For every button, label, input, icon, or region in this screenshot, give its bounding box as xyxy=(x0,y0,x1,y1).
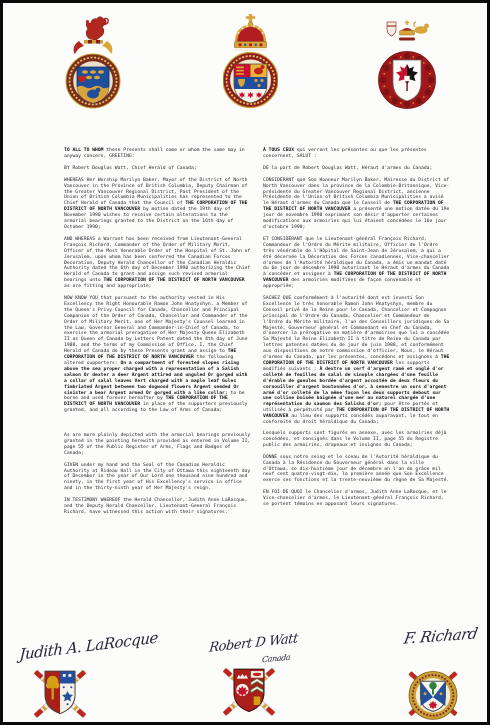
paragraph-mandat-fr: ET CONSIDÉRANT que le Lieutenant-général… xyxy=(263,237,451,290)
english-column-lower: As are more plainly depicted with the ar… xyxy=(64,433,252,522)
paragraph-donne-fr: DONNÉ sous notre seing et le sceau de l'… xyxy=(263,455,451,485)
signature-richard: F. Richard xyxy=(402,624,479,647)
crest-crown-and-lion-icon xyxy=(387,21,429,41)
letters-patent-document: TO ALL TO WHOM these Presents shall come… xyxy=(0,0,490,725)
paragraph-warrant-en: AND WHEREAS a Warrant has been received … xyxy=(64,237,252,290)
north-vancouver-crest-badge-icon xyxy=(65,15,121,111)
paragraph-depicted-en: As are more plainly depicted with the ar… xyxy=(64,433,252,457)
english-column-upper: TO ALL TO WHOM these Presents shall come… xyxy=(64,148,252,420)
st-edwards-crown-icon xyxy=(235,14,267,51)
paragraph-sachez-fr: SACHEZ QUE conformément à l'autorité don… xyxy=(263,296,451,426)
paragraph-salut-fr: À TOUS CEUX qui verront les présentes ou… xyxy=(263,148,451,160)
richard-arms-badge-icon xyxy=(402,656,464,725)
paragraph-considerant-fr: CONSIDÉRANT que Son Honneur Marilyn Bake… xyxy=(263,178,451,231)
paragraph-by-en: BY Robert Douglas Watt, Chief Herald of … xyxy=(64,166,252,172)
paragraph-annexe-fr: Lesquels supports sont figurés en annexe… xyxy=(263,431,451,449)
heraldic-authority-badge-icon xyxy=(377,14,437,110)
paragraph-whereas-en: WHEREAS Her Worship Marilyn Baker, Mayor… xyxy=(64,178,252,231)
paragraph-de-fr: DE la part de Robert Douglas Watt, Hérau… xyxy=(263,166,451,172)
paragraph-grant-en: NOW KNOW YOU that pursuant to the author… xyxy=(64,296,252,414)
paragraph-foi-fr: EN FOI DE QUOI le Chancelier d'armes, Ju… xyxy=(263,490,451,508)
royal-arms-of-canada-badge-icon xyxy=(223,12,278,110)
watt-arms-badge-icon xyxy=(216,653,282,725)
larocque-arms-badge-icon xyxy=(27,655,93,725)
paragraph-given-en: GIVEN under my hand and the Seal of the … xyxy=(64,463,252,493)
paragraph-greeting-en: TO ALL TO WHOM these Presents shall come… xyxy=(64,148,252,160)
torse-icon xyxy=(84,40,103,44)
french-column-lower: Lesquels supports sont figurés en annexe… xyxy=(263,431,451,514)
french-column-upper: À TOUS CEUX qui verront les présentes ou… xyxy=(263,148,451,432)
paragraph-testimony-en: IN TESTIMONY WHEREOF the Herald Chancell… xyxy=(64,498,252,516)
lion-rampant-crest-icon xyxy=(86,17,108,40)
